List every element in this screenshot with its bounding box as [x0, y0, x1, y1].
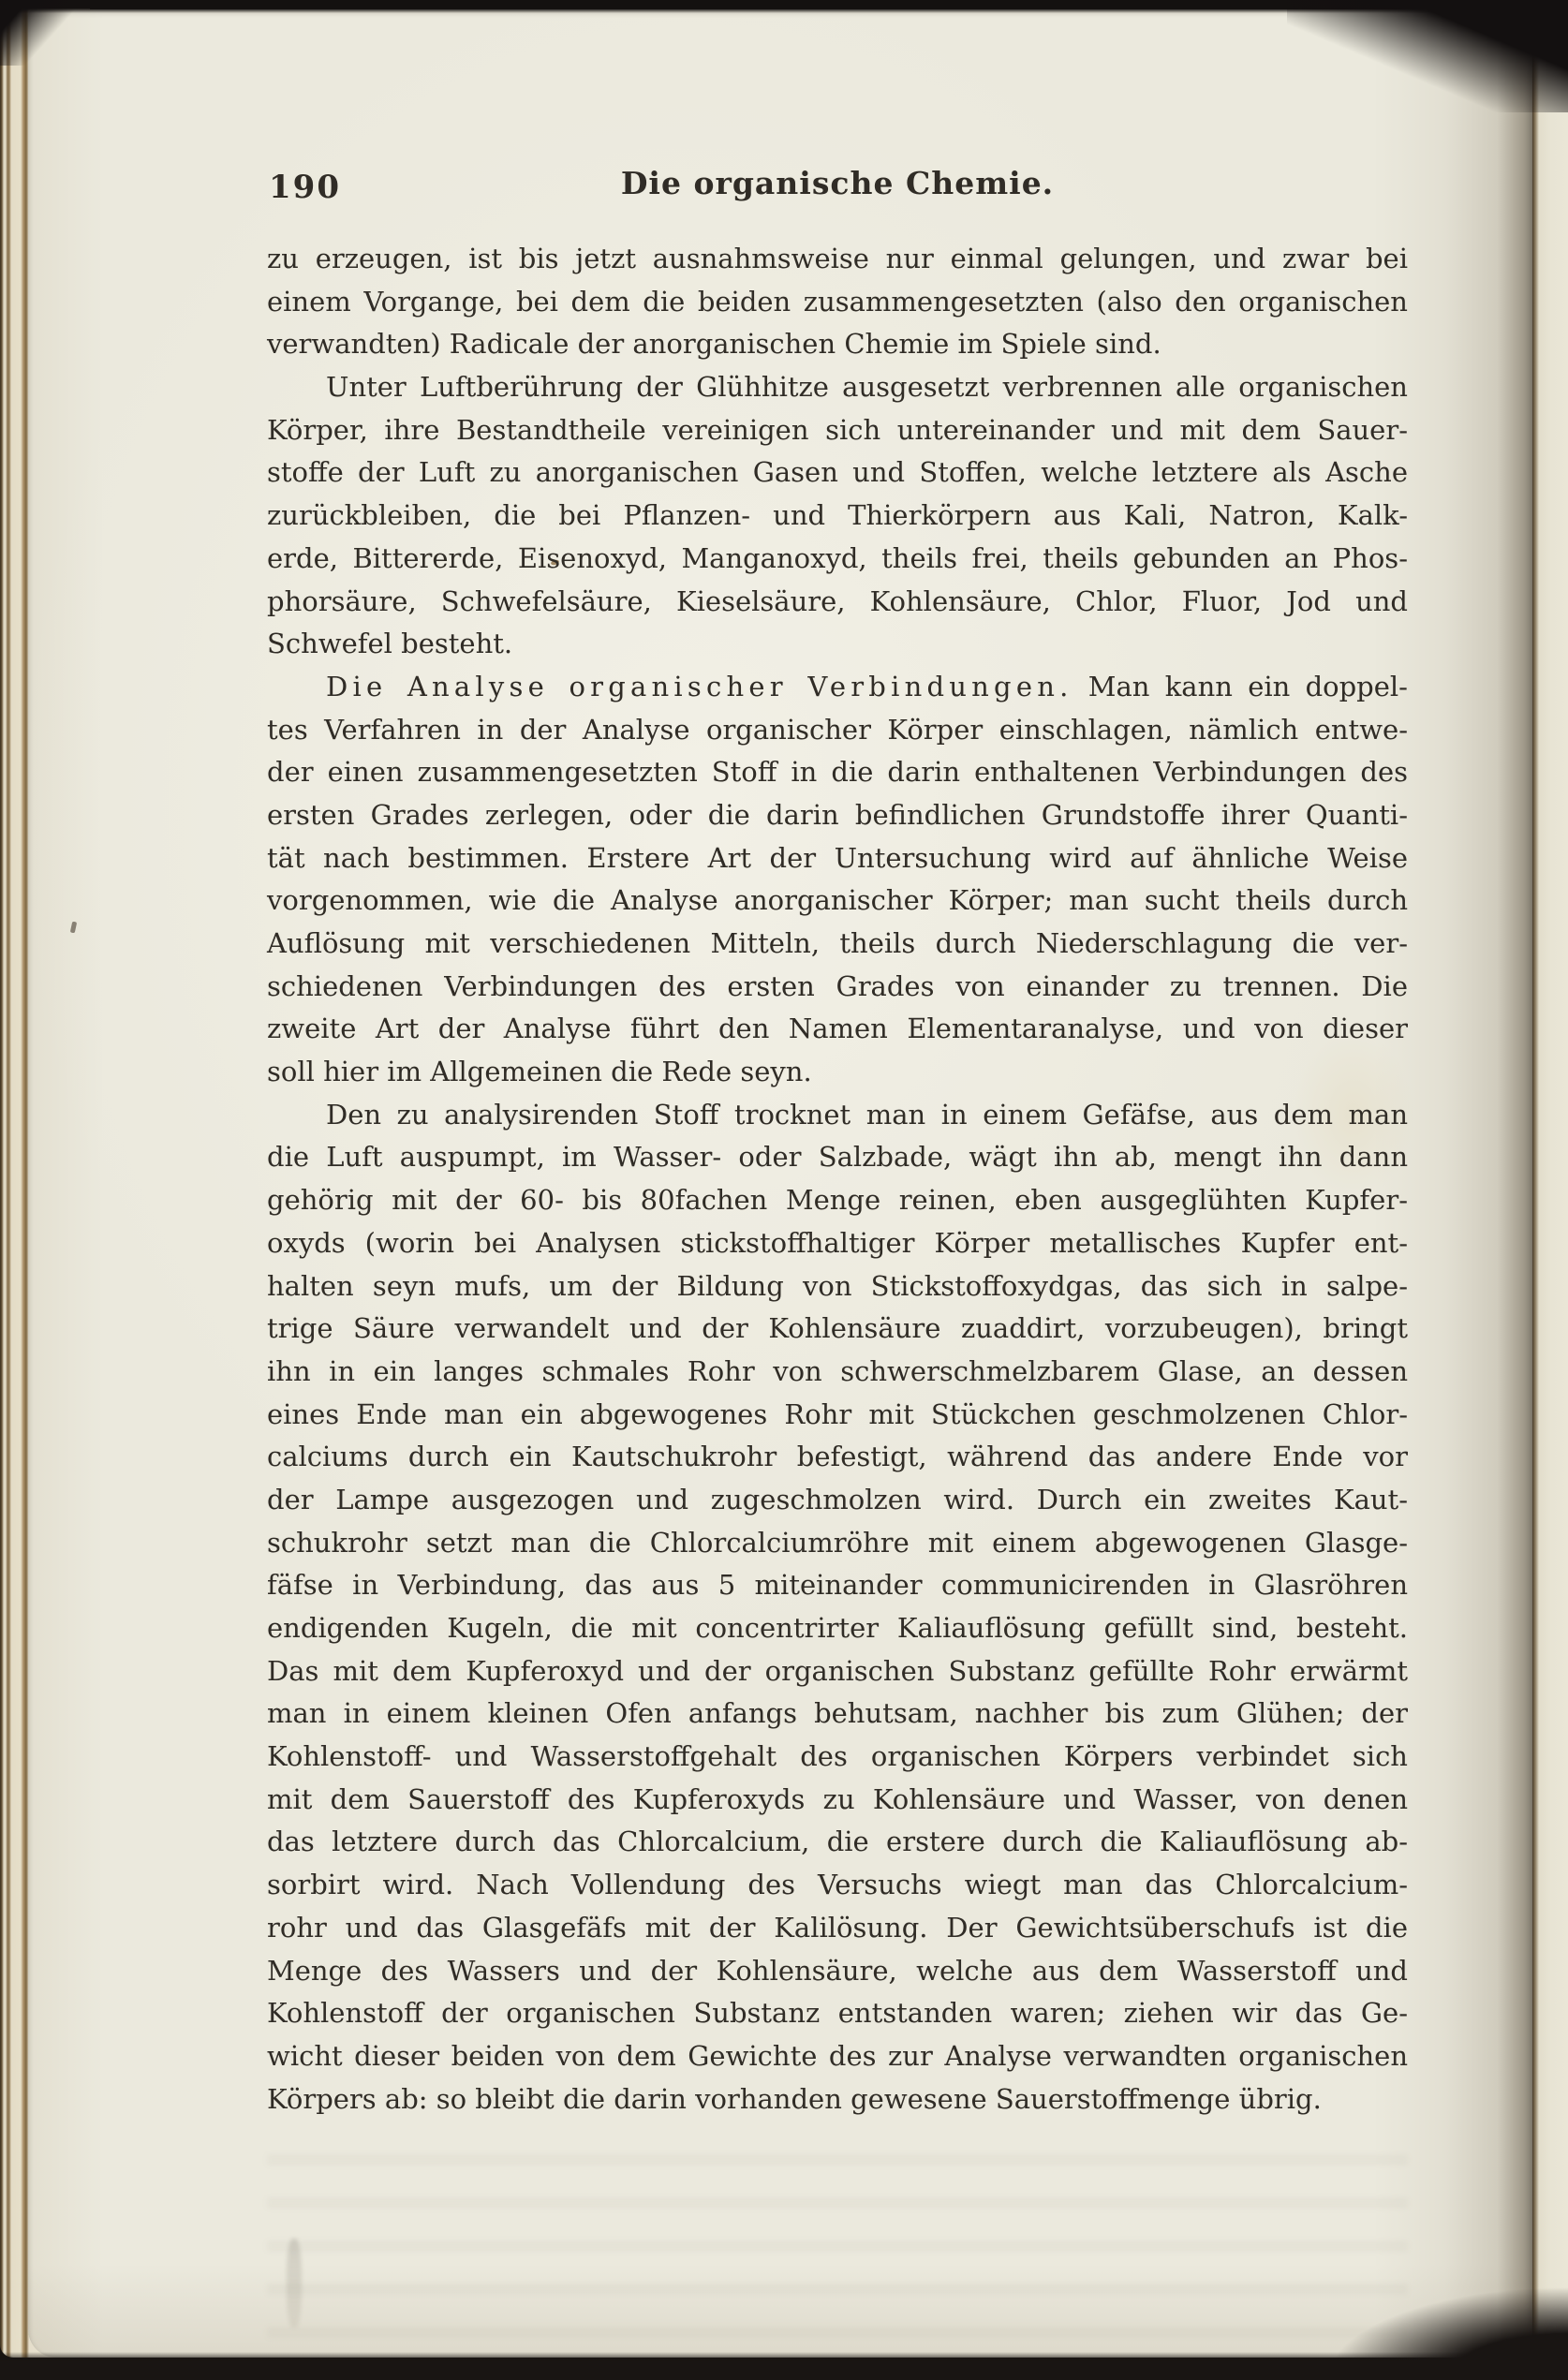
text-line: Den zu analysirenden Stoff trocknet man … — [267, 1094, 1408, 1137]
page-number: 190 — [269, 169, 341, 206]
text-line: ihn in ein langes schmales Rohr von schw… — [267, 1351, 1408, 1394]
running-header: 190 Die organische Chemie. — [267, 165, 1408, 214]
text-line: verwandten) Radicale der anorganischen C… — [267, 323, 1408, 366]
text-line: rohr und das Glasgefäfs mit der Kalilösu… — [267, 1907, 1408, 1950]
paragraph-continuation: zu erzeugen, ist bis jetzt ausnahmsweise… — [267, 238, 1408, 366]
text-line: schiedenen Verbindungen des ersten Grade… — [267, 966, 1408, 1009]
text-line: schukrohr setzt man die Chlorcalciumröhr… — [267, 1522, 1408, 1565]
text-line: das letztere durch das Chlorcalcium, die… — [267, 1821, 1408, 1864]
text-line: phorsäure, Schwefelsäure, Kieselsäure, K… — [267, 581, 1408, 624]
body-text: zu erzeugen, ist bis jetzt ausnahmsweise… — [267, 238, 1408, 2121]
text-line: der Lampe ausgezogen und zugeschmolzen w… — [267, 1479, 1408, 1522]
text-line: sorbirt wird. Nach Vollendung des Versuc… — [267, 1864, 1408, 1907]
text-line: oxyds (worin bei Analysen stickstoffhalt… — [267, 1222, 1408, 1265]
text-line: halten seyn mufs, um der Bildung von Sti… — [267, 1265, 1408, 1308]
scanned-book-page: 190 Die organische Chemie. zu erzeugen, … — [0, 0, 1568, 2380]
line-text: Man kann ein doppel- — [1073, 671, 1408, 702]
text-line: mit dem Sauerstoff des Kupferoxyds zu Ko… — [267, 1779, 1408, 1822]
text-line: trige Säure verwandelt und der Kohlensäu… — [267, 1308, 1408, 1351]
text-line: der einen zusammengesetzten Stoff in die… — [267, 751, 1408, 794]
text-line: tät nach bestimmen. Erstere Art der Unte… — [267, 837, 1408, 880]
text-line: Die Analyse organischer Verbindungen. Ma… — [267, 666, 1408, 709]
text-line: ersten Grades zerlegen, oder die darin b… — [267, 794, 1408, 837]
text-line: Kohlenstoff- und Wasserstoffgehalt des o… — [267, 1736, 1408, 1779]
text-line: tes Verfahren in der Analyse organischer… — [267, 709, 1408, 752]
text-line: Auflösung mit verschiedenen Mitteln, the… — [267, 923, 1408, 966]
ink-showthrough — [267, 2154, 1408, 2351]
text-line: vorgenommen, wie die Analyse anorganisch… — [267, 880, 1408, 923]
text-line: gehörig mit der 60- bis 80fachen Menge r… — [267, 1179, 1408, 1222]
paper-smudge — [287, 2239, 302, 2328]
paragraph-combustion: Unter Luftberührung der Glühhitze ausges… — [267, 366, 1408, 666]
text-line: Unter Luftberührung der Glühhitze ausges… — [267, 366, 1408, 409]
text-line: eines Ende man ein abgewogenes Rohr mit … — [267, 1394, 1408, 1437]
paragraph-analyse-heading: Die Analyse organischer Verbindungen. Ma… — [267, 666, 1408, 1094]
text-line: Körper, ihre Bestandtheile vereinigen si… — [267, 409, 1408, 452]
text-line: wicht dieser beiden von dem Gewichte des… — [267, 2035, 1408, 2078]
scanner-background-top-left — [0, 0, 103, 66]
text-line: fäfse in Verbindung, das aus 5 miteinand… — [267, 1564, 1408, 1607]
text-line: soll hier im Allgemeinen die Rede seyn. — [267, 1051, 1408, 1094]
text-line: Kohlenstoff der organischen Substanz ent… — [267, 1992, 1408, 2035]
text-line: Menge des Wassers und der Kohlensäure, w… — [267, 1950, 1408, 1993]
text-line: einem Vorgange, bei dem die beiden zusam… — [267, 281, 1408, 324]
next-page-edge — [1532, 49, 1568, 2356]
text-line: stoffe der Luft zu anorganischen Gasen u… — [267, 451, 1408, 495]
scanner-background-top-right — [1287, 0, 1568, 112]
text-line: zu erzeugen, ist bis jetzt ausnahmsweise… — [267, 238, 1408, 281]
text-line: zurückbleiben, die bei Pflanzen- und Thi… — [267, 495, 1408, 538]
text-line: calciums durch ein Kautschukrohr befesti… — [267, 1436, 1408, 1479]
text-line: endigenden Kugeln, die mit concentrirter… — [267, 1607, 1408, 1650]
text-line: man in einem kleinen Ofen anfangs behuts… — [267, 1693, 1408, 1736]
running-title: Die organische Chemie. — [621, 165, 1054, 201]
text-line: die Luft auspumpt, im Wasser- oder Salzb… — [267, 1136, 1408, 1179]
text-line: Schwefel besteht. — [267, 623, 1408, 666]
text-line: erde, Bittererde, Eisenoxyd, Manganoxyd,… — [267, 538, 1408, 581]
text-line: Das mit dem Kupferoxyd und der organisch… — [267, 1650, 1408, 1693]
text-line: zweite Art der Analyse führt den Namen E… — [267, 1008, 1408, 1051]
text-line: Körpers ab: so bleibt die darin vorhande… — [267, 2078, 1408, 2121]
section-heading-spaced: Die Analyse organischer Verbindungen. — [326, 671, 1073, 702]
paragraph-elementaranalyse: Den zu analysirenden Stoff trocknet man … — [267, 1094, 1408, 2121]
